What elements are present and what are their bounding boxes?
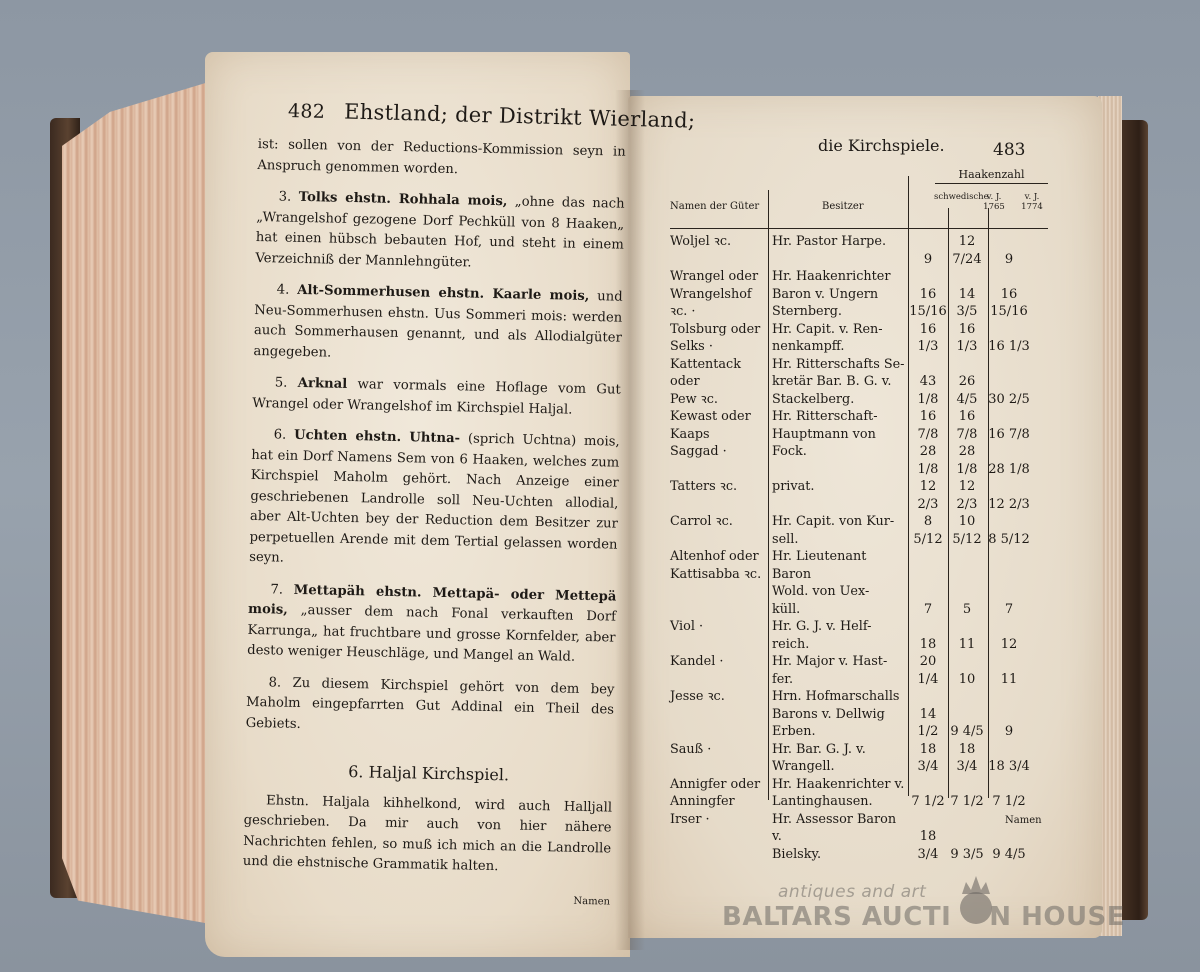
- estate-heading: Uchten ehstn. Uhtna-: [294, 428, 460, 446]
- paragraph-7: 7. Mettapäh ehstn. Mettapä- oder Mettepä…: [247, 579, 617, 669]
- table-row: Kattentack oder Pew ꝛc. Hr. Ritterschaft…: [670, 356, 1048, 409]
- watermark-name: BALTARS AUCTIN HOUSE: [722, 902, 1125, 932]
- table-row: Jesse ꝛc. Hrn. Hofmarschalls Barons v. D…: [670, 688, 1048, 741]
- estate-heading: Arknal: [298, 376, 348, 392]
- estate-heading: Tolks ehstn. Rohhala mois,: [299, 190, 508, 209]
- column-group-header-haakenzahl: Haakenzahl: [935, 168, 1048, 184]
- table-row: Irser · Hr. Assessor Baron v. Bielsky. 1…: [670, 811, 1048, 864]
- column-header-swedish: schwedische: [934, 192, 974, 202]
- page-edges-left: [62, 78, 222, 926]
- column-header-1765: v. J. 1765: [976, 192, 1012, 212]
- section-paragraph: Ehstn. Haljala kihhelkond, wird auch Hal…: [243, 790, 613, 880]
- table-row: Carrol ꝛc. Hr. Capit. von Kur- sell. 8 5…: [670, 513, 1048, 548]
- paragraph-5: 5. Arknal war vormals eine Hoflage vom G…: [252, 373, 621, 422]
- left-page-body: ist: sollen von der Reductions-Kommissio…: [242, 135, 626, 913]
- section-title: 6. Haljal Kirchspiel.: [244, 760, 612, 788]
- watermark-tagline: antiques and art: [778, 882, 926, 902]
- table-row: Wrangel oder Wrangelshof ꝛc. · Hr. Haake…: [670, 268, 1048, 321]
- left-page-number: 482: [288, 100, 326, 123]
- paragraph: ist: sollen von der Reductions-Kommissio…: [257, 135, 626, 184]
- paragraph-3: 3. Tolks ehstn. Rohhala mois, „ohne das …: [255, 187, 625, 277]
- table-body: Woljel ꝛc. Hr. Pastor Harpe. 9 12 7/24 9…: [670, 229, 1048, 863]
- column-header-owner: Besitzer: [822, 201, 864, 212]
- estate-heading: Alt-Sommerhusen ehstn. Kaarle mois,: [297, 283, 589, 304]
- paragraph-8: 8. Zu diesem Kirchspiel gehört von dem b…: [245, 672, 614, 741]
- table-header: Namen der Güter Besitzer Haakenzahl schw…: [670, 168, 1048, 229]
- paragraph-6: 6. Uchten ehstn. Uhtna- (sprich Uchtna) …: [249, 425, 620, 576]
- book-cover-right: [1118, 120, 1148, 920]
- column-header-1774: v. J. 1774: [1014, 192, 1050, 212]
- table-row: Sauß · Hr. Bar. G. J. v. Wrangell. 18 3/…: [670, 741, 1048, 776]
- table-row: Kewast oder Kaaps Hr. Ritterschaft- Haup…: [670, 408, 1048, 443]
- table-row: Tolsburg oder Selks · Hr. Capit. v. Ren-…: [670, 321, 1048, 356]
- estates-table: Namen der Güter Besitzer Haakenzahl schw…: [670, 168, 1048, 863]
- crown-circle-icon: [958, 874, 994, 926]
- right-running-head: die Kirchspiele.: [818, 136, 945, 155]
- paragraph-4: 4. Alt-Sommerhusen ehstn. Kaarle mois, u…: [253, 280, 623, 370]
- column-header-name: Namen der Güter: [670, 201, 759, 212]
- table-row: Kandel · Hr. Major v. Hast- fer. 20 1/4 …: [670, 653, 1048, 688]
- table-row: Tatters ꝛc. privat. 12 2/3 12 2/3 12 2/3: [670, 478, 1048, 513]
- table-row: Viol · Hr. G. J. v. Helf- reich. 18 11 1…: [670, 618, 1048, 653]
- open-book-photo: 482 Ehstland; der Distrikt Wierland; ist…: [0, 0, 1200, 972]
- table-row: Saggad · Fock. 28 1/8 28 1/8 28 1/8: [670, 443, 1048, 478]
- right-page-number: 483: [993, 140, 1025, 160]
- catchword-right: Namen: [1005, 815, 1042, 826]
- table-row: Woljel ꝛc. Hr. Pastor Harpe. 9 12 7/24 9: [670, 233, 1048, 268]
- table-row: Altenhof oder Kattisabba ꝛc. Hr. Lieuten…: [670, 548, 1048, 618]
- table-row: Annigfer oder Anningfer Hr. Haakenrichte…: [670, 776, 1048, 811]
